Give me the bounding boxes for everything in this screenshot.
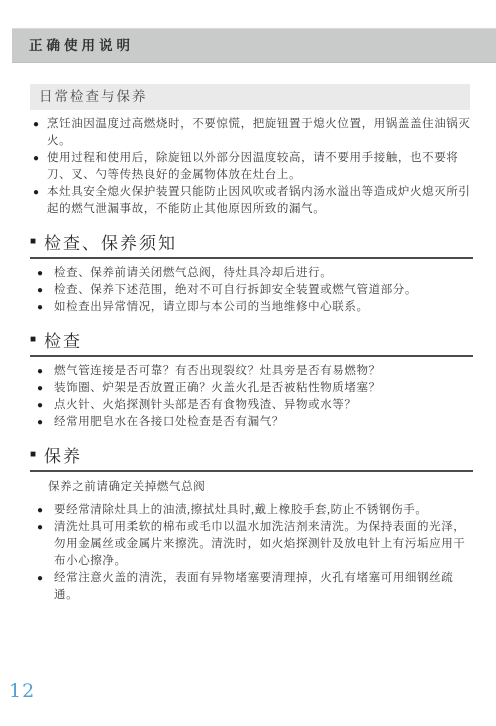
list-item: ● 如检查出异常情况，请立即与本公司的当地维修中心联系。 (30, 299, 472, 316)
page-content: 日常检查与保养 ● 烹饪油因温度过高燃烧时，不要惊慌，把旋钮置于熄火位置，用锅盖… (30, 84, 472, 604)
list-item: ● 燃气管连接是否可靠？有否出现裂纹？灶具旁是否有易燃物？ (30, 363, 472, 380)
list-item: ● 要经常清除灶具上的油渍,擦拭灶具时,戴上橡胶手套,防止不锈钢伤手。 (30, 502, 472, 519)
square-marker-icon: ■ (30, 450, 38, 460)
bullet-icon: ● (37, 397, 54, 414)
bullet-icon: ● (37, 519, 54, 570)
bullet-text: 本灶具安全熄火保护装置只能防止因风吹或者锅内汤水溢出等造成炉火熄灭所引起的燃气泄… (47, 184, 472, 218)
bullet-text: 烹饪油因温度过高燃烧时，不要惊慌，把旋钮置于熄火位置，用锅盖盖住油锅灭火。 (47, 116, 472, 150)
list-item: ● 清洗灶具可用柔软的棉布或毛巾以温水加洗洁剂来清洗。为保持表面的光泽， 勿用金… (30, 519, 472, 570)
bullet-icon: ● (37, 570, 54, 604)
bullet-icon: ● (37, 380, 54, 397)
intro-bullet-list: ● 烹饪油因温度过高燃烧时，不要惊慌，把旋钮置于熄火位置，用锅盖盖住油锅灭火。 … (30, 116, 472, 218)
inspection-notes-bullet-list: ● 检查、保养前请关闭燃气总阀，待灶具冷却后进行。 ● 检查、保养下述范围，绝对… (30, 265, 472, 316)
list-item: ● 点火针、火焰探测针头部是否有食物残渣、异物或水等？ (30, 397, 472, 414)
bullet-icon: ● (33, 184, 47, 218)
section-header-maintenance: ■ 保养 (30, 442, 473, 472)
square-marker-icon: ■ (30, 335, 38, 345)
bullet-text: 清洗灶具可用柔软的棉布或毛巾以温水加洗洁剂来清洗。为保持表面的光泽， 勿用金属丝… (54, 519, 472, 570)
section-header-inspection-notes: ■ 检查、保养须知 (30, 229, 473, 259)
square-marker-icon: ■ (30, 237, 38, 247)
bullet-text: 要经常清除灶具上的油渍,擦拭灶具时,戴上橡胶手套,防止不锈钢伤手。 (54, 502, 472, 519)
manual-page: 正确使用说明 日常检查与保养 ● 烹饪油因温度过高燃烧时，不要惊慌，把旋钮置于熄… (0, 0, 496, 726)
list-item: ● 经常注意火盖的清洗，表面有异物堵塞要清理掉，火孔有堵塞可用细钢丝疏通。 (30, 570, 472, 604)
section-header-inspection: ■ 检查 (30, 327, 473, 357)
bullet-text: 如检查出异常情况，请立即与本公司的当地维修中心联系。 (54, 299, 472, 316)
subtitle-box: 日常检查与保养 (30, 84, 470, 110)
bullet-icon: ● (37, 414, 54, 431)
bullet-text: 使用过程和使用后，除旋钮以外部分因温度较高，请不要用手接触，也不要将刀、叉、勺等… (47, 150, 472, 184)
bullet-text: 燃气管连接是否可靠？有否出现裂纹？灶具旁是否有易燃物？ (54, 363, 472, 380)
list-item: ● 经常用肥皂水在各接口处检查是否有漏气？ (30, 414, 472, 431)
subtitle-text: 日常检查与保养 (39, 89, 148, 104)
bullet-text: 经常用肥皂水在各接口处检查是否有漏气？ (54, 414, 472, 431)
bullet-text: 检查、保养下述范围，绝对不可自行拆卸安全装置或燃气管道部分。 (54, 282, 472, 299)
inspection-bullet-list: ● 燃气管连接是否可靠？有否出现裂纹？灶具旁是否有易燃物？ ● 装饰圈、炉架是否… (30, 363, 472, 431)
bullet-icon: ● (37, 363, 54, 380)
list-item: ● 使用过程和使用后，除旋钮以外部分因温度较高，请不要用手接触，也不要将刀、叉、… (30, 150, 472, 184)
maintenance-bullet-list: ● 要经常清除灶具上的油渍,擦拭灶具时,戴上橡胶手套,防止不锈钢伤手。 ● 清洗… (30, 502, 472, 604)
section-title: 检查、保养须知 (44, 229, 177, 254)
maintenance-note: 保养之前请确定关掉燃气总阀 (48, 479, 472, 496)
bullet-icon: ● (33, 116, 47, 150)
bullet-icon: ● (37, 502, 54, 519)
bullet-icon: ● (37, 299, 54, 316)
bullet-icon: ● (37, 265, 54, 282)
page-number: 12 (9, 680, 35, 702)
bullet-text: 检查、保养前请关闭燃气总阀，待灶具冷却后进行。 (54, 265, 472, 282)
page-header-bar: 正确使用说明 (12, 28, 496, 63)
list-item: ● 本灶具安全熄火保护装置只能防止因风吹或者锅内汤水溢出等造成炉火熄灭所引起的燃… (30, 184, 472, 218)
bullet-text: 经常注意火盖的清洗，表面有异物堵塞要清理掉，火孔有堵塞可用细钢丝疏通。 (54, 570, 472, 604)
bullet-icon: ● (33, 150, 47, 184)
bullet-text: 点火针、火焰探测针头部是否有食物残渣、异物或水等？ (54, 397, 472, 414)
page-title: 正确使用说明 (29, 38, 134, 53)
list-item: ● 装饰圈、炉架是否放置正确？火盖火孔是否被粘性物质堵塞？ (30, 380, 472, 397)
bullet-icon: ● (37, 282, 54, 299)
list-item: ● 检查、保养下述范围，绝对不可自行拆卸安全装置或燃气管道部分。 (30, 282, 472, 299)
bullet-text: 装饰圈、炉架是否放置正确？火盖火孔是否被粘性物质堵塞？ (54, 380, 472, 397)
list-item: ● 烹饪油因温度过高燃烧时，不要惊慌，把旋钮置于熄火位置，用锅盖盖住油锅灭火。 (30, 116, 472, 150)
list-item: ● 检查、保养前请关闭燃气总阀，待灶具冷却后进行。 (30, 265, 472, 282)
section-title: 检查 (44, 327, 82, 352)
section-title: 保养 (44, 442, 82, 467)
